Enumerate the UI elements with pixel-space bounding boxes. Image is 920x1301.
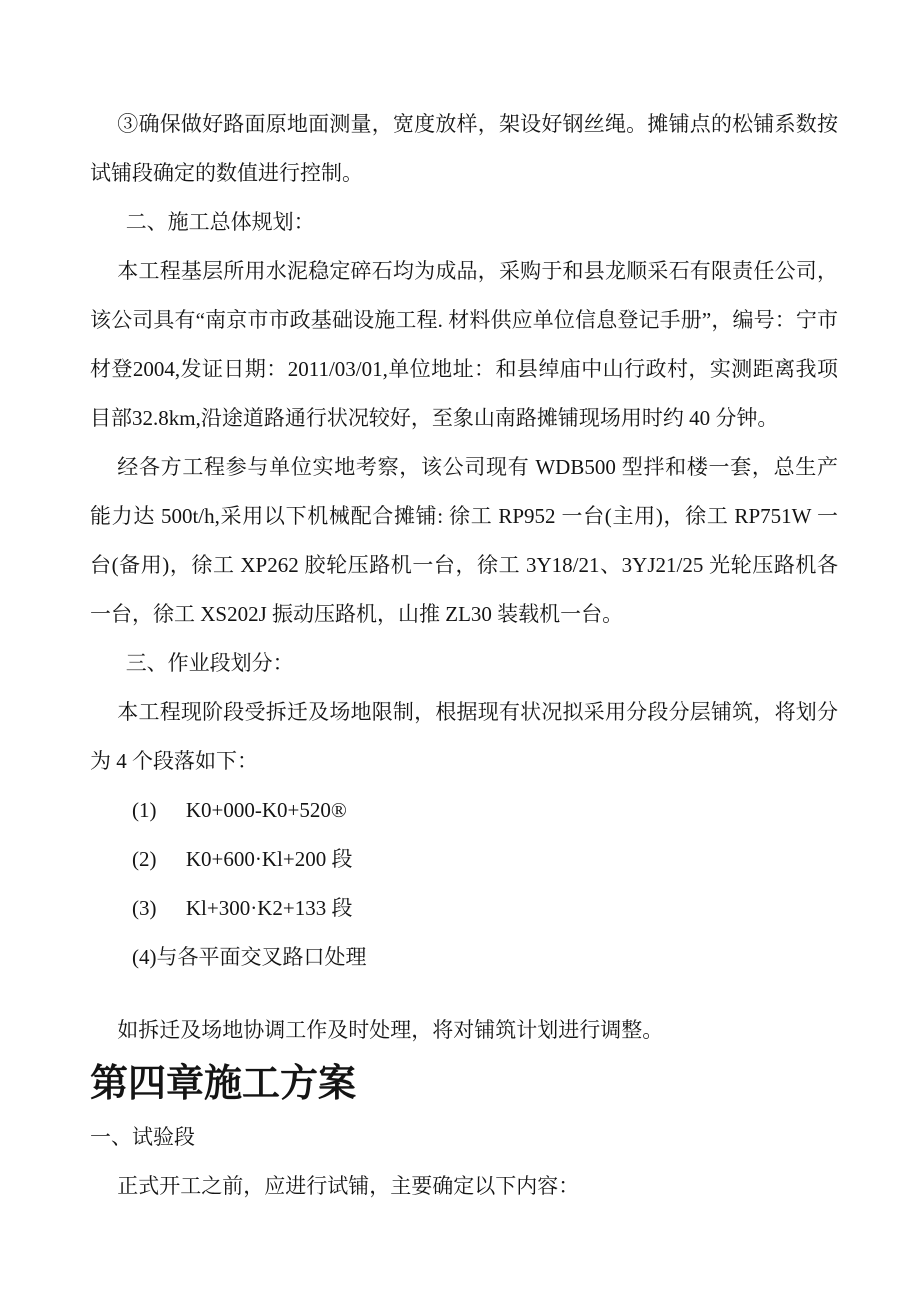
chapter-heading: 第四章施工方案 [90, 1055, 838, 1113]
list-item-marker: (3) [132, 896, 157, 920]
list-item-text: K0+600·Kl+200 段 [186, 847, 353, 871]
list-item-marker: (2) [132, 847, 157, 871]
document-page: ③确保做好路面原地面测量，宽度放样，架设好钢丝绳。摊铺点的松铺系数按试铺段确定的… [0, 0, 920, 1301]
paragraph-adjustment: 如拆迁及场地协调工作及时处理，将对铺筑计划进行调整。 [90, 1006, 838, 1055]
list-item: (3)Kl+300·K2+133 段 [90, 884, 838, 933]
list-item: (4)与各平面交叉路口处理 [90, 933, 838, 982]
section-heading-2: 二、施工总体规划： [90, 198, 838, 247]
list-item-text: K0+000-K0+520® [186, 798, 347, 822]
list-item-text: 与各平面交叉路口处理 [157, 945, 367, 969]
section-heading-1: 一、试验段 [90, 1113, 838, 1162]
list-item-marker: (1) [132, 798, 157, 822]
list-item: (2)K0+600·Kl+200 段 [90, 835, 838, 884]
list-item-marker: (4) [132, 945, 157, 969]
paragraph-equipment: 经各方工程参与单位实地考察，该公司现有 WDB500 型拌和楼一套，总生产能力达… [90, 443, 838, 639]
list-item-text: Kl+300·K2+133 段 [186, 896, 353, 920]
paragraph-trial-section: 正式开工之前，应进行试铺，主要确定以下内容： [90, 1162, 838, 1211]
section-heading-3: 三、作业段划分： [90, 639, 838, 688]
paragraph-note-3: ③确保做好路面原地面测量，宽度放样，架设好钢丝绳。摊铺点的松铺系数按试铺段确定的… [90, 100, 838, 198]
paragraph-materials-supply: 本工程基层所用水泥稳定碎石均为成品，采购于和县龙顺采石有限责任公司，该公司具有“… [90, 247, 838, 443]
list-item: (1)K0+000-K0+520® [90, 786, 838, 835]
paragraph-segments-intro: 本工程现阶段受拆迁及场地限制，根据现有状况拟采用分段分层铺筑，将划分为 4 个段… [90, 688, 838, 786]
segment-list: (1)K0+000-K0+520® (2)K0+600·Kl+200 段 (3)… [90, 786, 838, 982]
